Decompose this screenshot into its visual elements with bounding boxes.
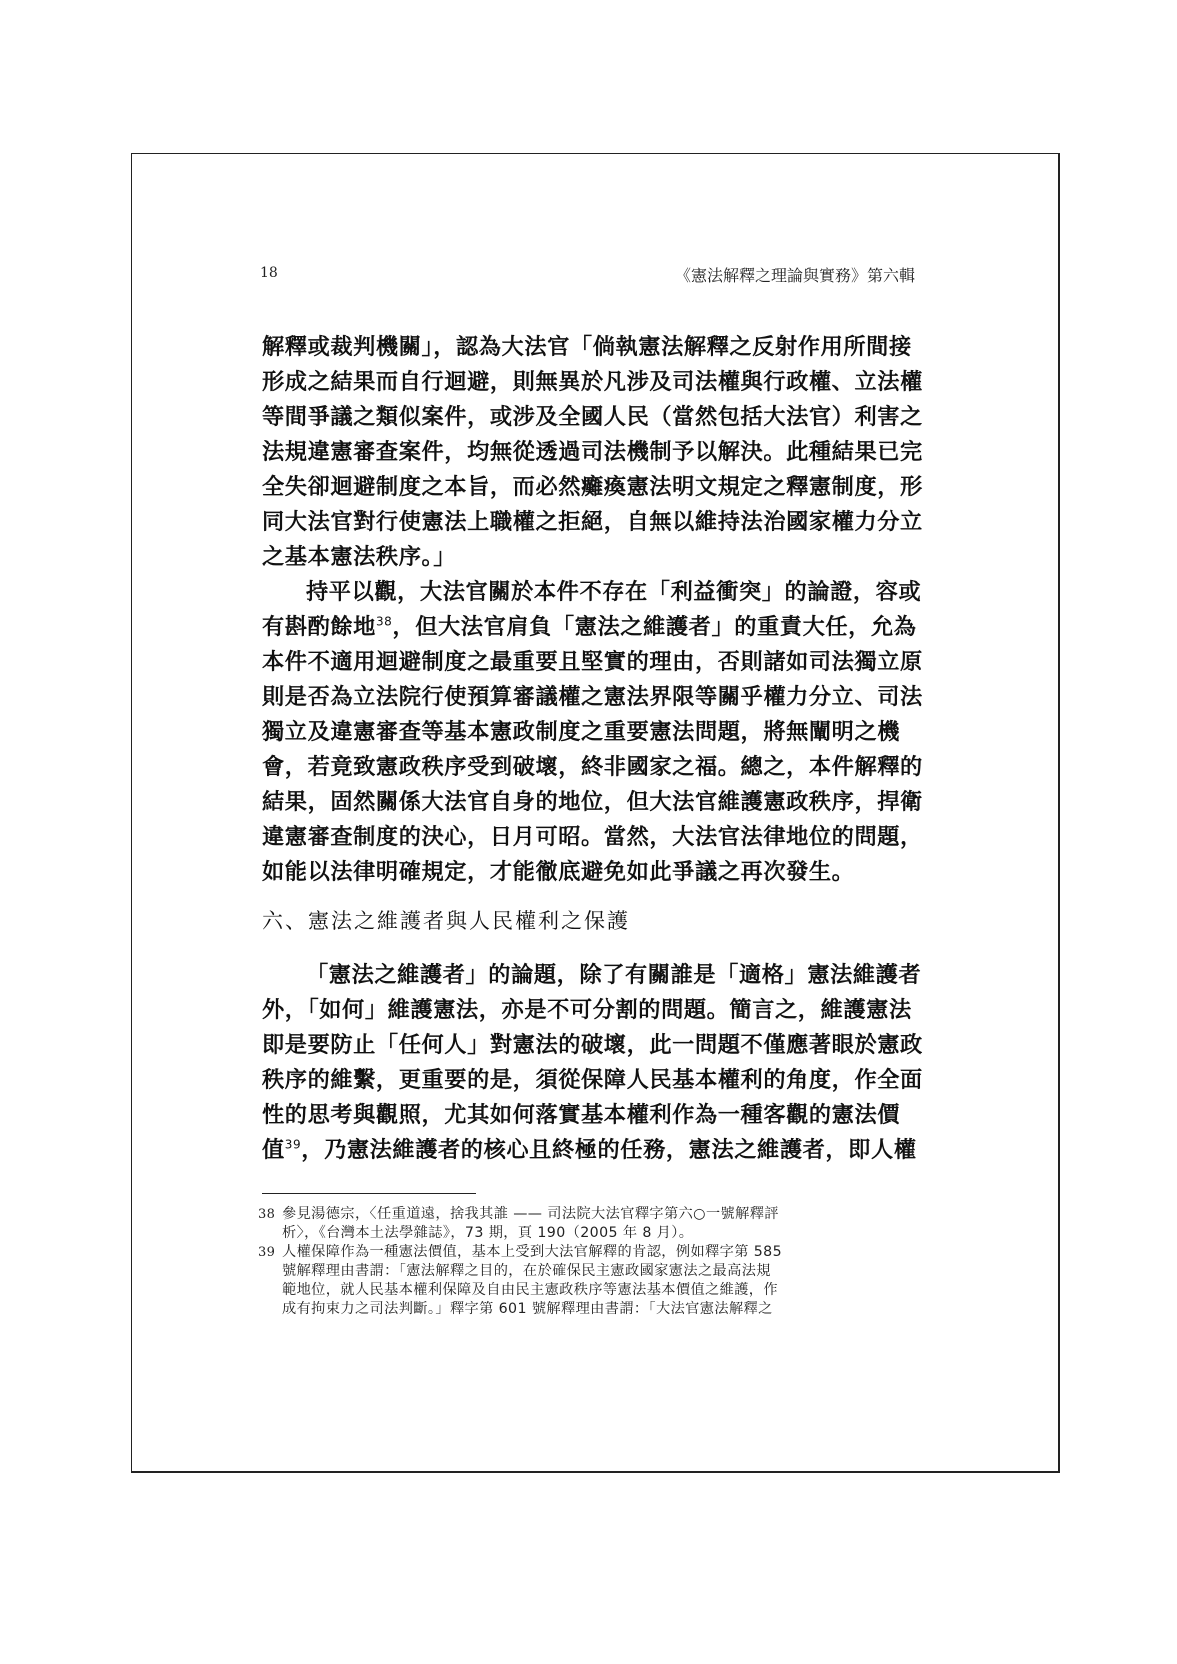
body-text-before-section: 解釋或裁判機關」，認為大法官「倘執憲法解釋之反射作用所間接 形成之結果而自行迴避… (262, 330, 914, 890)
text-line: 獨立及違憲審查等基本憲政制度之重要憲法問題，將無闡明之機 (262, 715, 914, 750)
text-line: 性的思考與觀照，尤其如何落實基本權利作為一種客觀的憲法價 (262, 1098, 914, 1133)
section-heading: 六、憲法之維護者與人民權利之保護 (262, 905, 630, 935)
footnote-line: 析〉，《台灣本土法學雜誌》，73 期，頁 190（2005 年 8 月）。 (282, 1224, 918, 1243)
paragraph-assessment: 持平以觀，大法官關於本件不存在「利益衝突」的論證，容或 有斟酌餘地38，但大法官… (262, 575, 914, 890)
footnote-number: 39 (258, 1243, 275, 1262)
footnote-39: 39 人權保障作為一種憲法價值，基本上受到大法官解釋的肯認，例如釋字第 585 … (258, 1243, 918, 1319)
text-line: 外，「如何」維護憲法，亦是不可分割的問題。簡言之，維護憲法 (262, 993, 914, 1028)
footnote-line: 範地位，就人民基本權利保障及自由民主憲政秩序等憲法基本價值之維護，作 (282, 1281, 918, 1300)
text-line: 法規違憲審查案件，均無從透過司法機制予以解決。此種結果已完 (262, 435, 914, 470)
text-fragment: ，但大法官肩負「憲法之維護者」的重責大任，允為 (392, 614, 916, 640)
text-line: 之基本憲法秩序。」 (262, 540, 914, 575)
footnote-line: 人權保障作為一種憲法價值，基本上受到大法官解釋的肯認，例如釋字第 585 (282, 1243, 918, 1262)
text-fragment: 有斟酌餘地 (262, 614, 376, 640)
footnote-separator (262, 1193, 476, 1194)
text-line-with-footnote: 值39，乃憲法維護者的核心且終極的任務，憲法之維護者，即人權 (262, 1133, 914, 1168)
text-line: 違憲審查制度的決心，日月可昭。當然，大法官法律地位的問題， (262, 820, 914, 855)
footnote-number: 38 (258, 1205, 275, 1224)
footnotes: 38 參見湯德宗，〈任重道遠，捨我其誰 —— 司法院大法官釋字第六○一號解釋評 … (258, 1205, 918, 1319)
body-text-after-section: 「憲法之維護者」的論題，除了有關誰是「適格」憲法維護者 外，「如何」維護憲法，亦… (262, 958, 914, 1168)
footnote-line: 參見湯德宗，〈任重道遠，捨我其誰 —— 司法院大法官釋字第六○一號解釋評 (282, 1205, 918, 1224)
text-line: 本件不適用迴避制度之最重要且堅實的理由，否則諸如司法獨立原 (262, 645, 914, 680)
text-fragment: ，乃憲法維護者的核心且終極的任務，憲法之維護者，即人權 (301, 1137, 916, 1163)
text-line: 等間爭議之類似案件，或涉及全國人民（當然包括大法官）利害之 (262, 400, 914, 435)
text-line: 全失卻迴避制度之本旨，而必然癱瘓憲法明文規定之釋憲制度，形 (262, 470, 914, 505)
footnote-ref-38[interactable]: 38 (376, 615, 392, 629)
text-fragment: 值 (262, 1137, 285, 1163)
running-header: 18 《憲法解釋之理論與實務》第六輯 (260, 263, 915, 285)
text-line: 則是否為立法院行使預算審議權之憲法界限等關乎權力分立、司法 (262, 680, 914, 715)
text-line-with-footnote: 有斟酌餘地38，但大法官肩負「憲法之維護者」的重責大任，允為 (262, 610, 914, 645)
footnote-line: 號解釋理由書謂：「憲法解釋之目的，在於確保民主憲政國家憲法之最高法規 (282, 1262, 918, 1281)
text-line: 即是要防止「任何人」對憲法的破壞，此一問題不僅應著眼於憲政 (262, 1028, 914, 1063)
text-line: 結果，固然關係大法官自身的地位，但大法官維護憲政秩序，捍衛 (262, 785, 914, 820)
footnote-ref-39[interactable]: 39 (285, 1138, 301, 1152)
paragraph-quote-continuation: 解釋或裁判機關」，認為大法官「倘執憲法解釋之反射作用所間接 形成之結果而自行迴避… (262, 330, 914, 575)
text-line: 解釋或裁判機關」，認為大法官「倘執憲法解釋之反射作用所間接 (262, 330, 914, 365)
text-line: 「憲法之維護者」的論題，除了有關誰是「適格」憲法維護者 (262, 958, 914, 993)
book-title: 《憲法解釋之理論與實務》第六輯 (675, 263, 915, 286)
footnote-38: 38 參見湯德宗，〈任重道遠，捨我其誰 —— 司法院大法官釋字第六○一號解釋評 … (258, 1205, 918, 1243)
text-line: 會，若竟致憲政秩序受到破壞，終非國家之福。總之，本件解釋的 (262, 750, 914, 785)
text-line: 如能以法律明確規定，才能徹底避免如此爭議之再次發生。 (262, 855, 914, 890)
text-line: 秩序的維繫，更重要的是，須從保障人民基本權利的角度，作全面 (262, 1063, 914, 1098)
text-line: 持平以觀，大法官關於本件不存在「利益衝突」的論證，容或 (262, 575, 914, 610)
footnote-line: 成有拘束力之司法判斷。」釋字第 601 號解釋理由書謂：「大法官憲法解釋之 (282, 1300, 918, 1319)
paragraph-guardian-of-constitution: 「憲法之維護者」的論題，除了有關誰是「適格」憲法維護者 外，「如何」維護憲法，亦… (262, 958, 914, 1168)
page-number: 18 (260, 265, 278, 281)
text-line: 同大法官對行使憲法上職權之拒絕，自無以維持法治國家權力分立 (262, 505, 914, 540)
text-line: 形成之結果而自行迴避，則無異於凡涉及司法權與行政權、立法權 (262, 365, 914, 400)
